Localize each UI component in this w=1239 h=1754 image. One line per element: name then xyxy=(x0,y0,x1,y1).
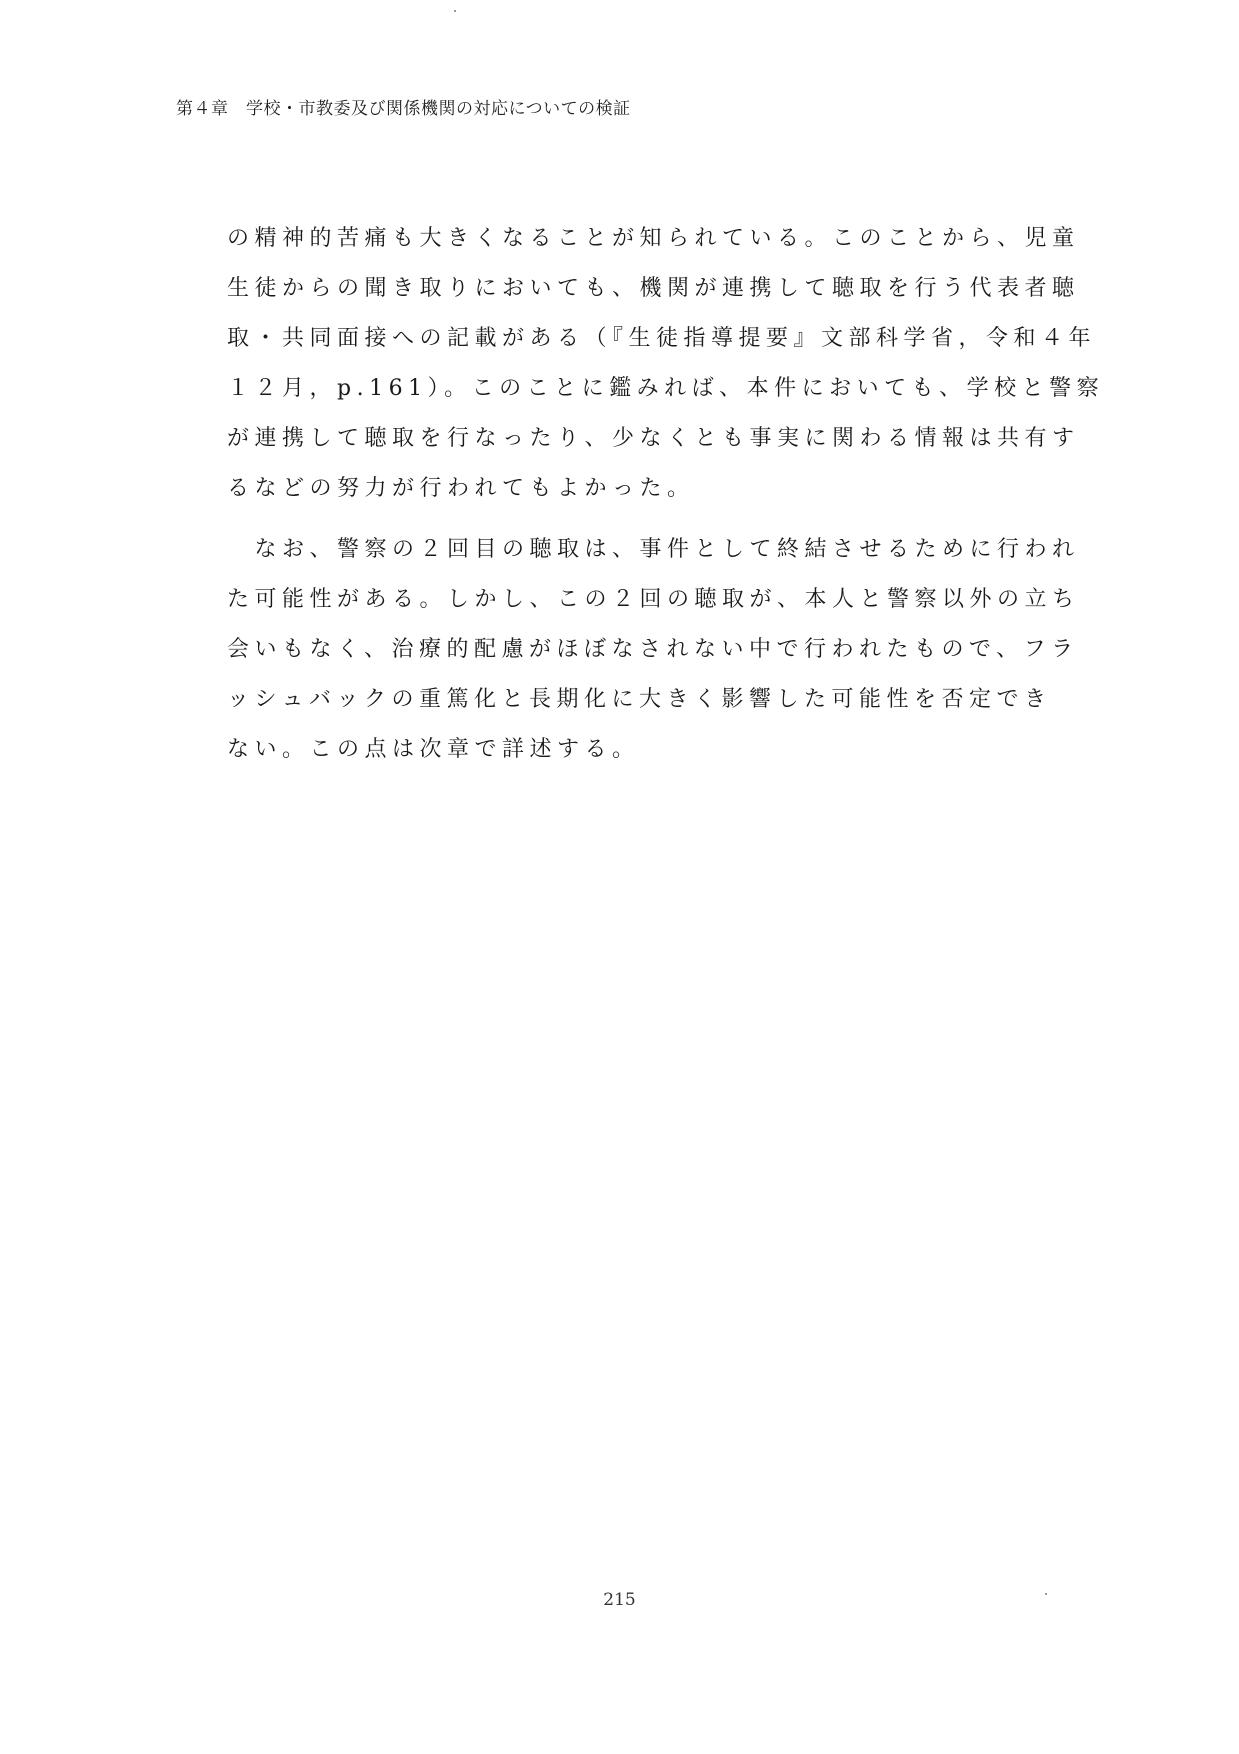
text-line: が連携して聴取を行なったり、少なくとも事実に関わる情報は共有す xyxy=(227,414,1047,464)
paragraph-1: の精神的苦痛も大きくなることが知られている。このことから、児童 生徒からの聞き取… xyxy=(227,214,1047,514)
text-line: ない。この点は次章で詳述する。 xyxy=(227,725,1047,775)
page-number: 215 xyxy=(0,1590,1239,1610)
scan-artifact xyxy=(454,10,456,12)
text-line: の精神的苦痛も大きくなることが知られている。このことから、児童 xyxy=(227,214,1047,264)
text-line: 会いもなく、治療的配慮がほぼなされない中で行われたもので、フラ xyxy=(227,625,1047,675)
text-line: １２月，p.161）。このことに鑑みれば、本件においても、学校と警察 xyxy=(227,364,1047,414)
text-line: ッシュバックの重篤化と長期化に大きく影響した可能性を否定でき xyxy=(227,675,1047,725)
text-line: なお、警察の２回目の聴取は、事件として終結させるために行われ xyxy=(227,525,1047,575)
body-text: の精神的苦痛も大きくなることが知られている。このことから、児童 生徒からの聞き取… xyxy=(227,214,1047,775)
scan-artifact xyxy=(1045,1593,1047,1595)
text-line: 取・共同面接への記載がある（『生徒指導提要』文部科学省，令和４年 xyxy=(227,314,1047,364)
text-line: るなどの努力が行われてもよかった。 xyxy=(227,464,1047,514)
paragraph-2: なお、警察の２回目の聴取は、事件として終結させるために行われ た可能性がある。し… xyxy=(227,525,1047,775)
text-line: 生徒からの聞き取りにおいても、機関が連携して聴取を行う代表者聴 xyxy=(227,264,1047,314)
running-header: 第４章 学校・市教委及び関係機関の対応についての検証 xyxy=(176,94,631,119)
text-line: た可能性がある。しかし、この２回の聴取が、本人と警察以外の立ち xyxy=(227,575,1047,625)
